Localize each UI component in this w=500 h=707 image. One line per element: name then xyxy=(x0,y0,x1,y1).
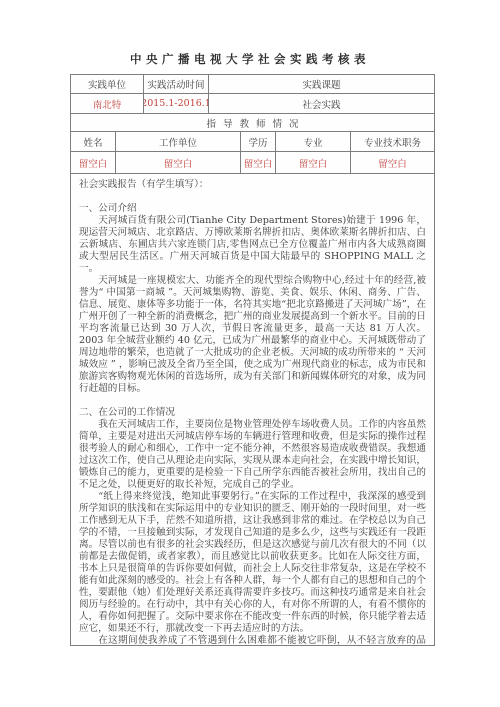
top-value-row: 南北特 2015.1-2016.1 社会实践 xyxy=(71,94,434,114)
header-instructor-major: 专业 xyxy=(276,132,351,151)
report-section-2-paragraph-3: 在这期间使我养成了不管遇到什么困难都不能被它吓倒，从不轻言放弃的品格。人要想 xyxy=(79,635,426,645)
instructor-section-title: 指导教师情况 xyxy=(71,114,434,131)
document-page: 中央广播电视大学社会实践考核表 实践单位 实践活动时间 实践课题 南北特 201… xyxy=(0,0,500,707)
report-cell: 社会实践报告（有学生填写）： 一、公司介绍 天河城百货有限公司(Tianhe C… xyxy=(71,174,434,645)
header-practice-topic: 实践课题 xyxy=(209,75,434,93)
instructor-title-row: 指导教师情况 xyxy=(71,114,434,132)
value-practice-unit: 南北特 xyxy=(71,94,144,113)
report-section-1-paragraph-2: 天河城是一座规模宏大、功能齐全的现代型综合购物中心,经过十年的经营,被誉为“ 中… xyxy=(79,275,426,395)
value-instructor-workunit: 留空白 xyxy=(116,152,241,173)
value-practice-topic: 社会实践 xyxy=(209,94,434,113)
instructor-header-row: 姓名 工作单位 学历 专业 专业技术职务 xyxy=(71,132,434,152)
header-instructor-education: 学历 xyxy=(241,132,276,151)
report-section-2-paragraph-1: 我在天河城店工作，主要岗位是物业管理处停车场收费人员。工作的内容虽然简单，主要是… xyxy=(79,419,426,491)
instructor-value-row: 留空白 留空白 留空白 留空白 留空白 xyxy=(71,152,434,174)
header-instructor-name: 姓名 xyxy=(71,132,116,151)
value-practice-time: 2015.1-2016.1 xyxy=(144,94,209,113)
header-instructor-workunit: 工作单位 xyxy=(116,132,241,151)
value-instructor-major: 留空白 xyxy=(276,152,351,173)
report-section-1-heading: 一、公司介绍 xyxy=(79,203,426,215)
value-instructor-name: 留空白 xyxy=(71,152,116,173)
header-practice-time: 实践活动时间 xyxy=(144,75,209,93)
report-section-1-paragraph-1: 天河城百货有限公司(Tianhe City Department Stores)… xyxy=(79,215,426,275)
value-instructor-title-position: 留空白 xyxy=(351,152,434,173)
header-practice-unit: 实践单位 xyxy=(71,75,144,93)
assessment-form-table: 实践单位 实践活动时间 实践课题 南北特 2015.1-2016.1 社会实践 … xyxy=(70,74,435,646)
report-section-2-heading: 二、在公司的工作情况 xyxy=(79,407,426,419)
report-section-2-paragraph-2: “纸上得来终觉浅，绝知此事要躬行。”在实际的工作过程中，我深深的感受到所学知识的… xyxy=(79,491,426,635)
report-label: 社会实践报告（有学生填写）： xyxy=(79,179,426,191)
top-header-row: 实践单位 实践活动时间 实践课题 xyxy=(71,75,434,94)
header-instructor-title-position: 专业技术职务 xyxy=(351,132,434,151)
page-title: 中央广播电视大学社会实践考核表 xyxy=(0,51,500,67)
value-instructor-education: 留空白 xyxy=(241,152,276,173)
